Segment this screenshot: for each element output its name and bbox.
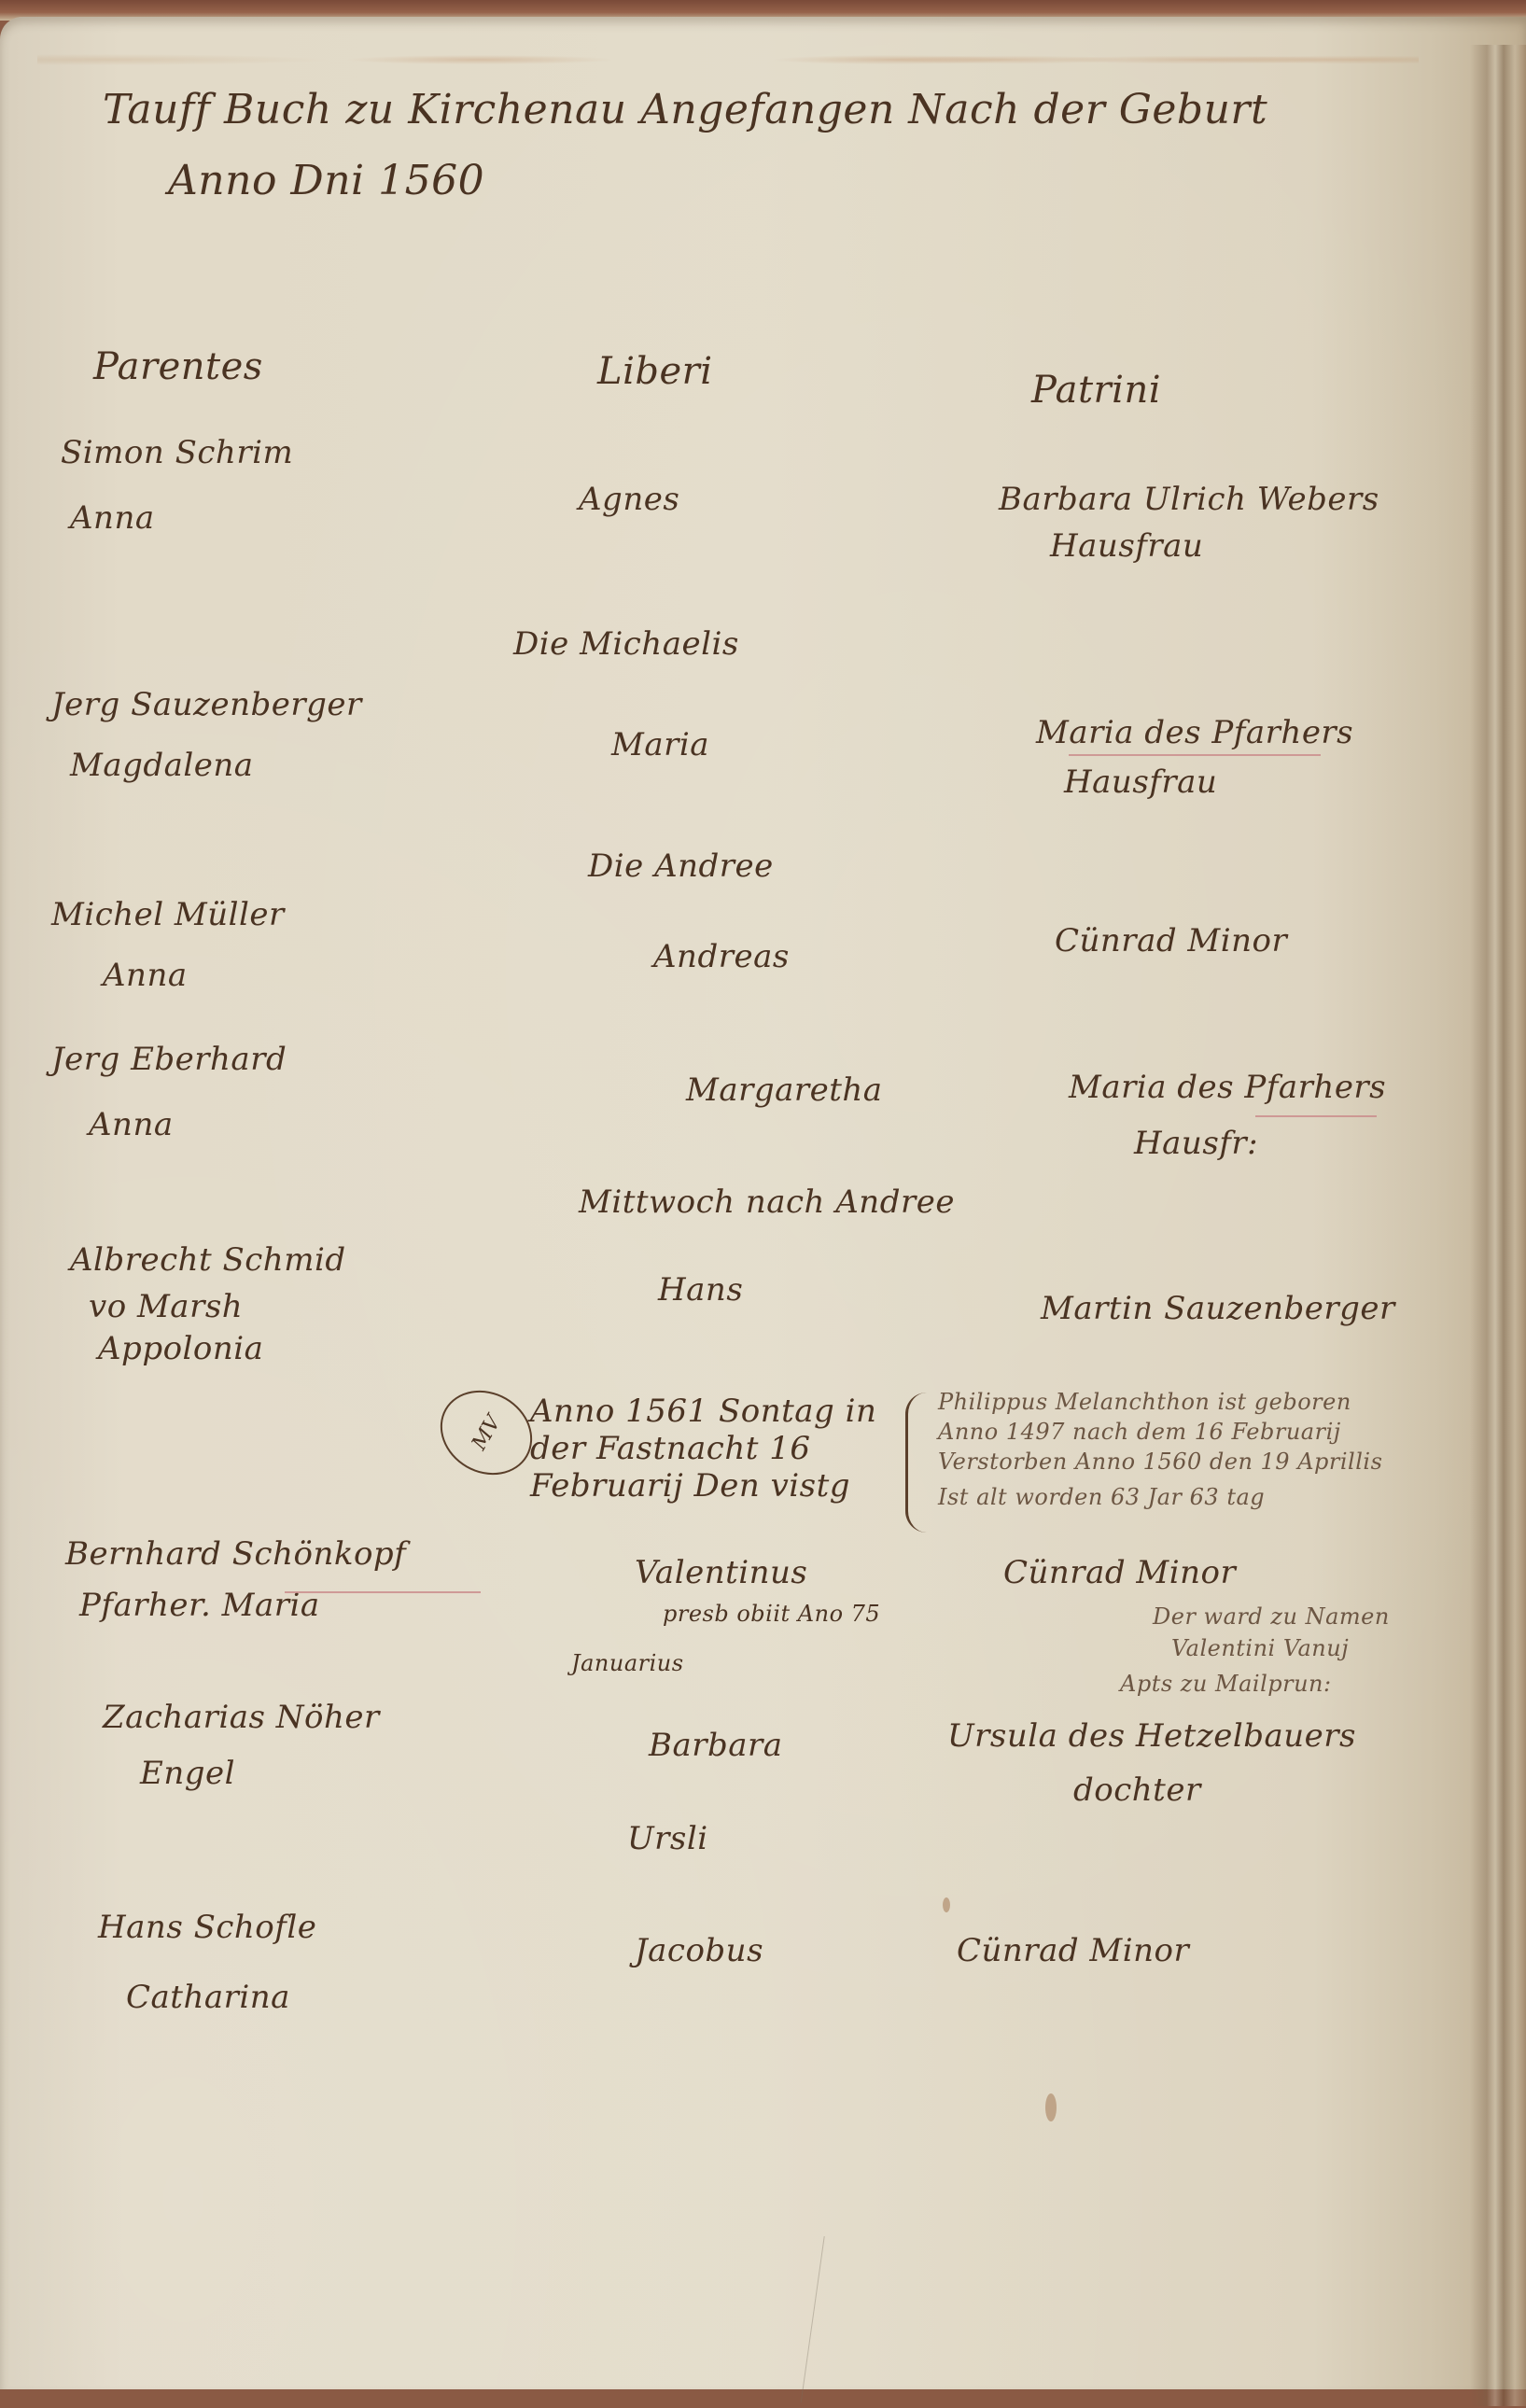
godparent-name: Maria des Pfarhers: [1036, 714, 1353, 751]
godparent-name: dochter: [1073, 1771, 1201, 1809]
binding-gutter: [1470, 45, 1526, 2389]
column-header-godparents: Patrini: [1031, 369, 1161, 412]
red-underline: [285, 1591, 481, 1593]
date-note: Mittwoch nach Andree: [579, 1183, 955, 1221]
godparent-note: Valentini Vanuj: [1171, 1635, 1349, 1661]
parents-name: Michel Müller: [51, 896, 285, 933]
red-underline: [1255, 1115, 1377, 1117]
child-name: Margaretha: [686, 1071, 883, 1109]
godparent-name: Hausfr:: [1134, 1125, 1258, 1162]
column-header-children: Liberi: [597, 350, 713, 393]
child-name: Valentinus: [635, 1554, 807, 1591]
parents-name: Anna: [70, 499, 155, 537]
date-note: Anno 1561 Sontag in der Fastnacht 16 Feb…: [530, 1393, 903, 1505]
column-header-parents: Parentes: [93, 345, 263, 388]
parents-name: Jerg Eberhard: [51, 1041, 287, 1078]
godparent-name: Cünrad Minor: [1003, 1554, 1236, 1591]
child-name: Agnes: [579, 481, 679, 518]
date-note: Die Andree: [588, 847, 774, 885]
parents-name: Catharina: [126, 1979, 290, 2016]
child-note: Januarius: [571, 1650, 684, 1676]
godparent-note: Apts zu Mailprun:: [1120, 1671, 1332, 1697]
godparent-name: Martin Sauzenberger: [1041, 1290, 1395, 1327]
parents-name: Anna: [103, 957, 188, 994]
parents-name: Simon Schrim: [61, 434, 293, 471]
parents-name: Zacharias Nöher: [103, 1699, 380, 1736]
ink-spot: [943, 1897, 950, 1912]
page-title-line-2: Anno Dni 1560: [168, 157, 484, 204]
child-name: Barbara: [649, 1727, 783, 1764]
parents-name: vo Marsh: [89, 1288, 243, 1325]
page-title-line-1: Tauff Buch zu Kirchenau Angefangen Nach …: [103, 86, 1267, 133]
godparent-name: Barbara Ulrich Webers: [999, 481, 1379, 518]
curly-brace: [905, 1393, 927, 1533]
parents-name: Appolonia: [98, 1330, 263, 1367]
parents-name: Engel: [140, 1755, 235, 1792]
parents-name: Albrecht Schmid: [70, 1241, 346, 1279]
water-stains: [37, 37, 1419, 93]
parents-name: Magdalena: [70, 747, 254, 784]
child-name: Ursli: [627, 1820, 708, 1857]
parents-name: Jerg Sauzenberger: [51, 686, 362, 723]
godparent-name: Hausfrau: [1050, 527, 1203, 565]
child-name: Andreas: [653, 938, 790, 975]
melanchthon-note-line: Philippus Melanchthon ist geboren: [938, 1389, 1351, 1415]
red-underline: [1069, 754, 1321, 756]
ink-spot: [1045, 2093, 1057, 2121]
melanchthon-note-line: Anno 1497 nach dem 16 Februarij: [938, 1419, 1341, 1445]
melanchthon-note-line: Verstorben Anno 1560 den 19 Aprillis: [938, 1449, 1382, 1475]
godparent-note: Der ward zu Namen: [1153, 1603, 1390, 1630]
child-name: Jacobus: [635, 1932, 763, 1969]
child-name: Hans: [658, 1271, 743, 1309]
parents-name: Hans Schofle: [98, 1909, 316, 1946]
godparent-name: Cünrad Minor: [957, 1932, 1189, 1969]
melanchthon-note-line: Ist alt worden 63 Jar 63 tag: [938, 1484, 1265, 1510]
godparent-name: Hausfrau: [1064, 763, 1217, 801]
parents-name: Anna: [89, 1106, 174, 1143]
parents-name: Bernhard Schönkopf: [65, 1535, 406, 1573]
child-name: Maria: [611, 726, 709, 763]
godparent-name: Cünrad Minor: [1055, 922, 1287, 959]
godparent-name: Ursula des Hetzelbauers: [947, 1717, 1356, 1755]
parents-name: Pfarher. Maria: [79, 1587, 320, 1624]
date-note: Die Michaelis: [513, 625, 739, 663]
godparent-name: Maria des Pfarhers: [1069, 1069, 1386, 1106]
paper-crease: [801, 2236, 862, 2389]
child-note: presb obiit Ano 75: [663, 1601, 880, 1627]
